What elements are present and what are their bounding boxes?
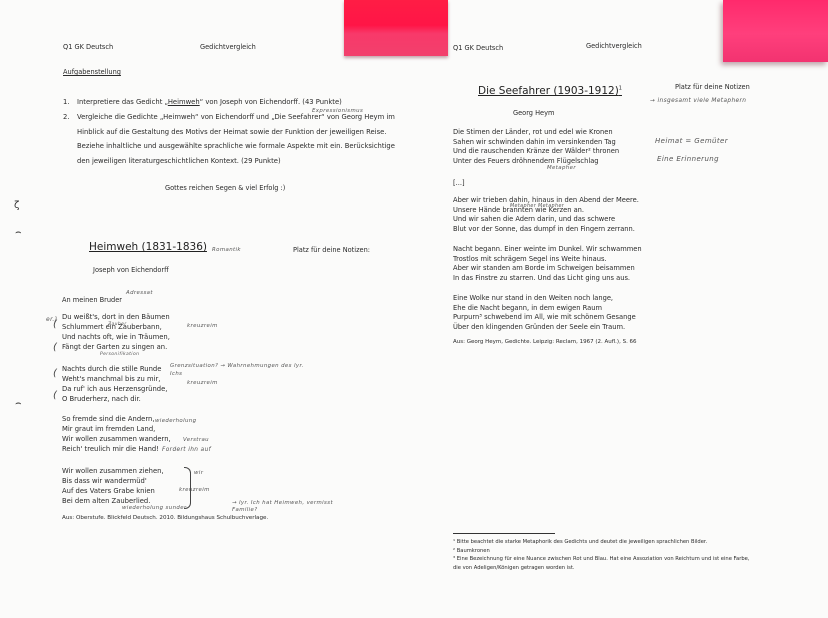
bracket-mark: (	[53, 342, 57, 353]
handwritten-note: Expressionismus	[312, 108, 363, 114]
footnote: ³ Eine Bezeichnung für eine Nuance zwisc…	[453, 555, 749, 563]
poem-stanza: Wir wollen zusammen ziehen, Bis dass wir…	[62, 466, 164, 506]
task-text: Vergleiche die Gedichte „Heimweh“ von Ei…	[77, 110, 407, 168]
heimweh-reference: Heimweh	[168, 98, 200, 106]
arc-mark-icon: ⌢	[15, 398, 22, 409]
poem-stanza: Die Stimen der Länder, rot und edel wie …	[453, 128, 619, 166]
poem-title: Die Seefahrer (1903-1912)1	[478, 85, 622, 97]
poem-stanza: Eine Wolke nur stand in den Weiten noch …	[453, 294, 636, 332]
header-course: Q1 GK Deutsch	[63, 43, 113, 51]
arc-mark-icon: ⌢	[15, 227, 22, 238]
task-number: 1.	[63, 95, 70, 110]
task-number: 2.	[63, 110, 70, 125]
poem-source: Aus: Georg Heym, Gedichte. Leipzig: Recl…	[453, 339, 637, 345]
handwritten-note: kreuzreim	[187, 323, 218, 329]
sticky-note	[723, 0, 828, 62]
poem-stanza: Nachts durch die stille Runde Weht's man…	[62, 364, 167, 404]
handwritten-note: Personifikation	[100, 352, 139, 357]
footnote: die von Adeligen/Königen getragen worden…	[453, 564, 575, 572]
handwritten-note: Eine Erinnerung	[657, 155, 719, 163]
footnote: ¹ Bitte beachtet die starke Metaphorik d…	[453, 538, 707, 546]
handwritten-note: Zauber	[108, 322, 127, 327]
header-topic: Gedichtvergleich	[586, 42, 642, 50]
poem-stanza: Du weißt's, dort in den Bäumen Schlummer…	[62, 312, 170, 352]
header-course: Q1 GK Deutsch	[453, 44, 503, 52]
handwritten-note: Romantik	[212, 247, 241, 253]
footnote-divider	[453, 533, 555, 534]
left-page: Q1 GK Deutsch Gedichtvergleich Aufgabens…	[0, 0, 440, 618]
handwritten-note: wiederholung	[155, 418, 196, 424]
handwritten-note: wiederholung sunder	[122, 505, 187, 511]
handwritten-note: Verstrau	[183, 437, 209, 443]
bracket-mark: (	[53, 368, 57, 379]
notes-label: Platz für deine Notizen	[675, 83, 750, 91]
handwritten-note: kreuzreim	[179, 487, 210, 493]
handwritten-note: Fordert ihn auf	[162, 447, 211, 453]
sticky-note	[344, 0, 448, 56]
handwritten-note: Adressat	[126, 290, 153, 296]
poem-source: Aus: Oberstufe. Blickfeld Deutsch. 2010.…	[62, 515, 268, 521]
bracket-mark: (	[53, 319, 57, 330]
swirl-mark-icon: ζ	[14, 200, 19, 211]
poem-author: Joseph von Eichendorff	[93, 266, 169, 274]
handwritten-note: → insgesamt viele Metaphern	[650, 98, 746, 104]
handwritten-note: Grenzsituation? → Wahrnehmungen des lyr.…	[170, 362, 310, 378]
handwritten-note: kreuzreim	[187, 380, 218, 386]
closing-line: Gottes reichen Segen & viel Erfolg :)	[165, 184, 285, 192]
section-heading: Aufgabenstellung	[63, 68, 121, 76]
poem-stanza: Aber wir trieben dahin, hinaus in den Ab…	[453, 196, 639, 234]
poem-omission: [...]	[453, 179, 465, 187]
handwritten-note: wir	[194, 470, 203, 476]
poem-stanza: Nacht begann. Einer weinte im Dunkel. Wi…	[453, 245, 642, 283]
handwritten-note: → lyr. Ich hat Heimweh, vermisst Familie…	[232, 500, 342, 514]
footnote: ² Baumkronen	[453, 547, 490, 555]
task-2: 2. Vergleiche die Gedichte „Heimweh“ von…	[63, 110, 403, 170]
notes-label: Platz für deine Notizen:	[293, 246, 370, 254]
poem-title: Heimweh (1831-1836)	[89, 241, 207, 253]
handwritten-note: Metapher Metapher	[510, 204, 564, 209]
handwritten-note: Metapher	[547, 165, 576, 171]
poem-author: Georg Heym	[513, 109, 554, 117]
bracket-mark: (	[53, 390, 57, 401]
poem-dedication: An meinen Bruder	[62, 296, 122, 304]
header-topic: Gedichtvergleich	[200, 43, 256, 51]
handwritten-note: Heimat = Gemüter	[655, 137, 728, 145]
